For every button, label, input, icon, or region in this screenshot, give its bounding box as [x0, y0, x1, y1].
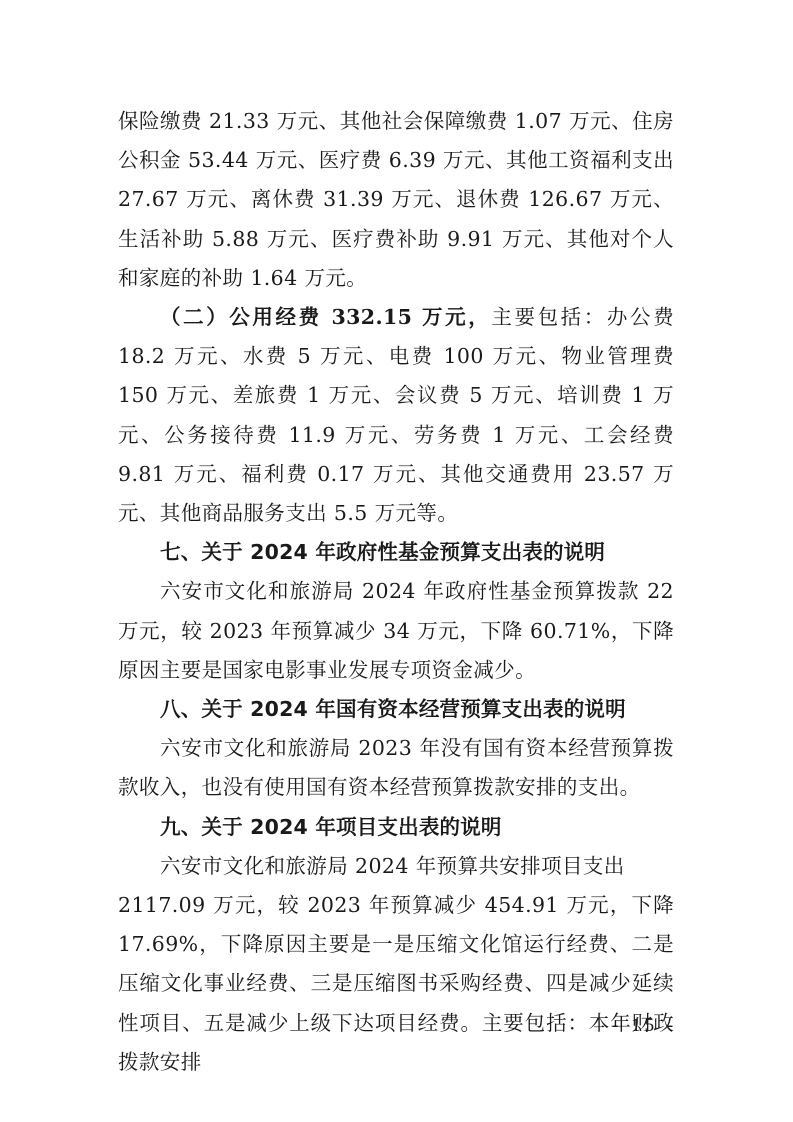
- paragraph-public-funds: （二）公用经费 332.15 万元，主要包括：办公费 18.2 万元、水费 5 …: [118, 298, 674, 533]
- page-number: - 15 -: [612, 1015, 677, 1037]
- section-body-gov-fund: 六安市文化和旅游局 2024 年政府性基金预算拨款 22 万元，较 2023 年…: [118, 572, 674, 690]
- public-funds-lead: （二）公用经费 332.15 万元，: [160, 305, 491, 329]
- section-heading-state-capital: 八、关于 2024 年国有资本经营预算支出表的说明: [118, 690, 674, 729]
- section-heading-gov-fund: 七、关于 2024 年政府性基金预算支出表的说明: [118, 533, 674, 572]
- section-body-state-capital: 六安市文化和旅游局 2023 年没有国有资本经营预算拨款收入，也没有使用国有资本…: [118, 729, 674, 807]
- section-body-project-expenditure-line1: 六安市文化和旅游局 2024 年预算共安排项目支出: [118, 847, 674, 886]
- public-funds-detail: 主要包括：办公费 18.2 万元、水费 5 万元、电费 100 万元、物业管理费…: [118, 305, 674, 525]
- section-heading-project-expenditure: 九、关于 2024 年项目支出表的说明: [118, 808, 674, 847]
- paragraph-personnel-expenses-continued: 保险缴费 21.33 万元、其他社会保障缴费 1.07 万元、住房公积金 53.…: [118, 102, 674, 298]
- document-page: 保险缴费 21.33 万元、其他社会保障缴费 1.07 万元、住房公积金 53.…: [118, 102, 674, 1082]
- section-body-project-expenditure: 2117.09 万元，较 2023 年预算减少 454.91 万元，下降 17.…: [118, 886, 674, 1082]
